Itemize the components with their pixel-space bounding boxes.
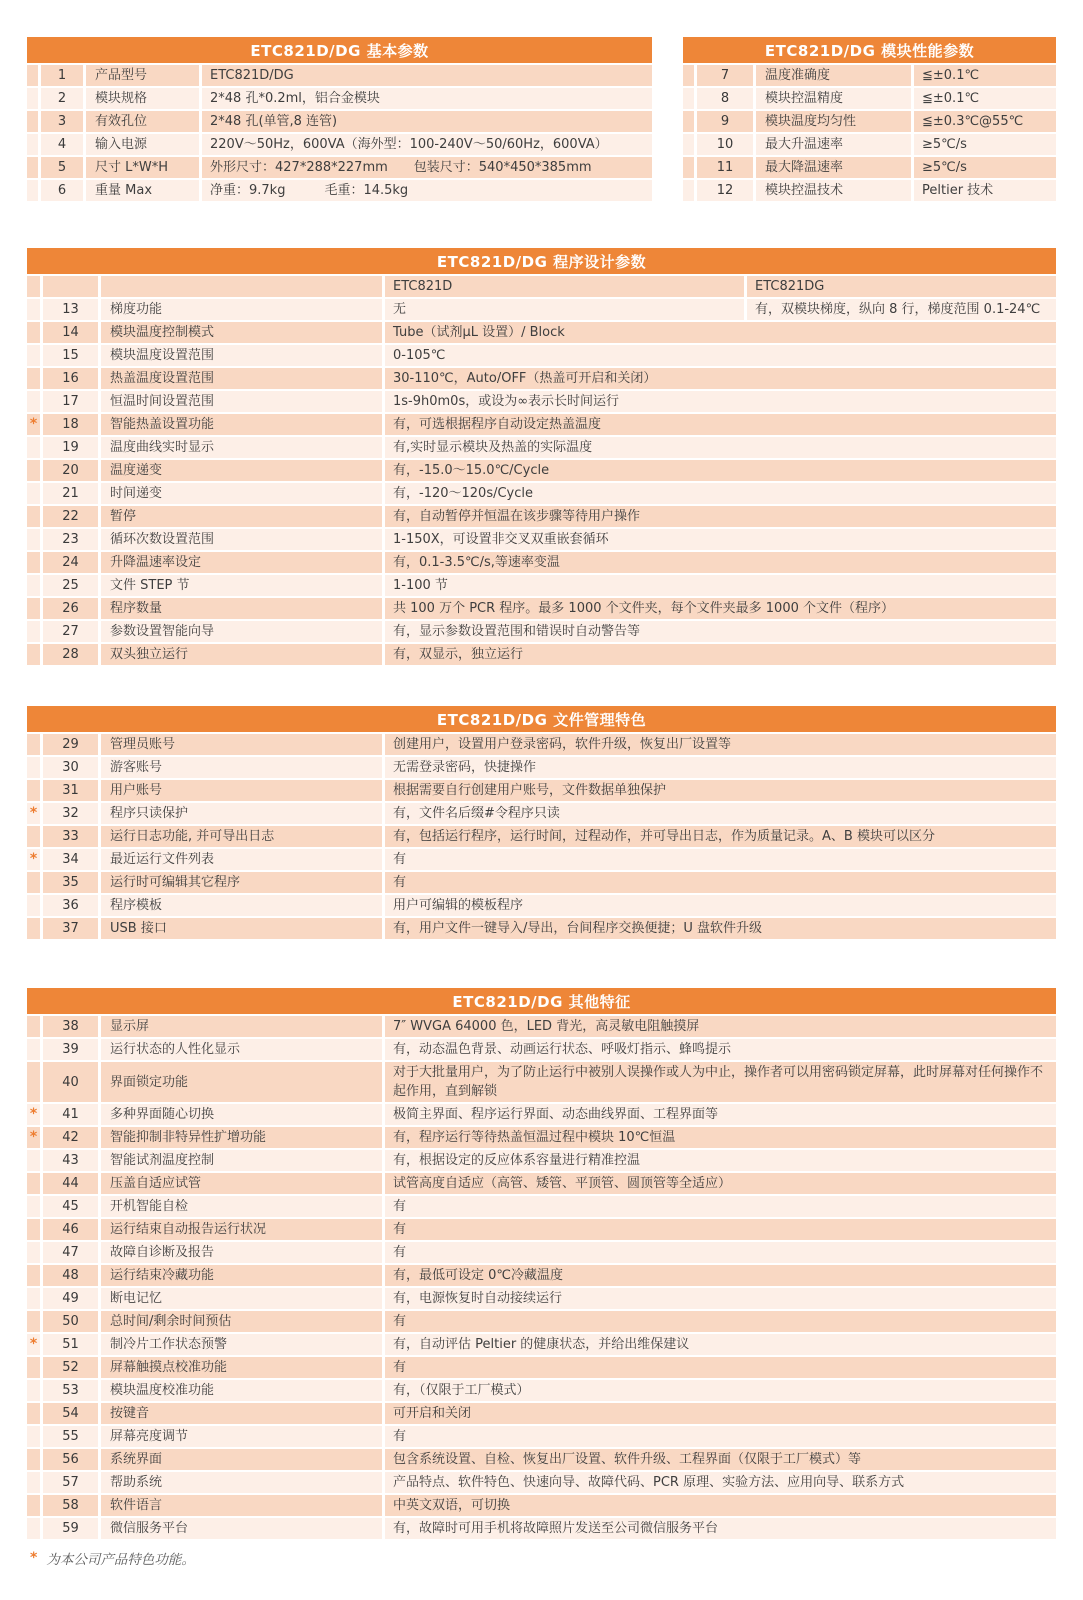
footnote-text: 为本公司产品特色功能。 — [46, 1548, 195, 1568]
row-value: 1-150X，可设置非交叉双重嵌套循环 — [385, 529, 1056, 550]
row-star-marker — [27, 299, 40, 320]
row-star-marker — [27, 1265, 40, 1286]
row-number: 36 — [43, 895, 98, 916]
row-star-marker — [27, 276, 40, 297]
row-number: 35 — [43, 872, 98, 893]
row-star-marker — [683, 65, 694, 86]
row-number: 17 — [43, 391, 98, 412]
spec-row: 10最大升温速率≥5℃/s — [683, 134, 1056, 155]
row-name: 断电记忆 — [101, 1288, 382, 1309]
row-name: 运行时可编辑其它程序 — [101, 872, 382, 893]
row-name: 模块控温技术 — [756, 180, 911, 201]
table-other-features-title: ETC821D/DG 其他特征 — [27, 988, 1056, 1014]
row-value: 有，用户文件一键导入/导出，台间程序交换便捷；U 盘软件升级 — [385, 918, 1056, 939]
table-basic-params-title: ETC821D/DG 基本参数 — [27, 37, 652, 63]
table-program-design: ETC821D/DG 程序设计参数 ETC821DETC821DG13梯度功能无… — [27, 248, 1056, 665]
row-number: 48 — [43, 1265, 98, 1286]
row-number: 12 — [697, 180, 753, 201]
row-star-marker — [27, 88, 38, 109]
spec-row: 46运行结束自动报告运行状况有 — [27, 1219, 1056, 1240]
row-value: 有，可选根据程序自动设定热盖温度 — [385, 414, 1056, 435]
spec-row: 53模块温度校准功能有，（仅限于工厂模式） — [27, 1380, 1056, 1401]
spec-row: *41多种界面随心切换极简主界面、程序运行界面、动态曲线界面、工程界面等 — [27, 1104, 1056, 1125]
row-star-marker — [27, 1403, 40, 1424]
row-name: 温度递变 — [101, 460, 382, 481]
row-star-marker — [683, 157, 694, 178]
row-value: 有，-15.0～15.0℃/Cycle — [385, 460, 1056, 481]
row-number: 38 — [43, 1016, 98, 1037]
row-name: 智能试剂温度控制 — [101, 1150, 382, 1171]
spec-row: 22暂停有，自动暂停并恒温在该步骤等待用户操作 — [27, 506, 1056, 527]
row-value: ≥5℃/s — [914, 134, 1056, 155]
spec-row: 16热盖温度设置范围30-110℃，Auto/OFF（热盖可开启和关闭） — [27, 368, 1056, 389]
row-value: 有，-120～120s/Cycle — [385, 483, 1056, 504]
row-value: 有,实时显示模块及热盖的实际温度 — [385, 437, 1056, 458]
row-star-marker — [27, 1219, 40, 1240]
row-name: 参数设置智能向导 — [101, 621, 382, 642]
row-star-marker — [683, 88, 694, 109]
row-name: 屏幕亮度调节 — [101, 1426, 382, 1447]
row-name: 故障自诊断及报告 — [101, 1242, 382, 1263]
row-name: 总时间/剩余时间预估 — [101, 1311, 382, 1332]
row-number: 45 — [43, 1196, 98, 1217]
row-value: 有，自动评估 Peltier 的健康状态，并给出维保建议 — [385, 1334, 1056, 1355]
spec-row: *32程序只读保护有，文件名后缀#令程序只读 — [27, 803, 1056, 824]
row-number: 24 — [43, 552, 98, 573]
table-module-performance-title: ETC821D/DG 模块性能参数 — [683, 37, 1056, 63]
row-name: 屏幕触摸点校准功能 — [101, 1357, 382, 1378]
row-name: 智能热盖设置功能 — [101, 414, 382, 435]
table-module-performance-rows: 7温度准确度≦±0.1℃8模块控温精度≦±0.1℃9模块温度均匀性≦±0.3℃@… — [683, 65, 1056, 201]
row-number: 15 — [43, 345, 98, 366]
row-name: 重量 Max — [86, 180, 199, 201]
row-name: 界面锁定功能 — [101, 1062, 382, 1102]
row-number: 29 — [43, 734, 98, 755]
row-name — [101, 276, 382, 297]
row-star-marker — [683, 180, 694, 201]
row-value: 试管高度自适应（高管、矮管、平顶管、圆顶管等全适应） — [385, 1173, 1056, 1194]
row-name: 开机智能自检 — [101, 1196, 382, 1217]
row-name: 模块控温精度 — [756, 88, 911, 109]
row-name: 最近运行文件列表 — [101, 849, 382, 870]
spec-row: 30游客账号无需登录密码，快捷操作 — [27, 757, 1056, 778]
row-name: 文件 STEP 节 — [101, 575, 382, 596]
row-star-marker — [27, 757, 40, 778]
row-star-marker — [27, 1311, 40, 1332]
row-number: 39 — [43, 1039, 98, 1060]
row-value: ≦±0.1℃ — [914, 65, 1056, 86]
row-star-marker — [27, 1242, 40, 1263]
row-star-marker — [27, 918, 40, 939]
row-star-marker — [27, 460, 40, 481]
spec-row: 26程序数量共 100 万个 PCR 程序。最多 1000 个文件夹，每个文件夹… — [27, 598, 1056, 619]
row-number: 27 — [43, 621, 98, 642]
row-star-marker — [27, 1173, 40, 1194]
row-name: 热盖温度设置范围 — [101, 368, 382, 389]
row-value: Tube（试剂μL 设置）/ Block — [385, 322, 1056, 343]
spec-row: 9模块温度均匀性≦±0.3℃@55℃ — [683, 111, 1056, 132]
row-value: 用户可编辑的模板程序 — [385, 895, 1056, 916]
row-value: 有，文件名后缀#令程序只读 — [385, 803, 1056, 824]
spec-row: 14模块温度控制模式Tube（试剂μL 设置）/ Block — [27, 322, 1056, 343]
spec-row: 25文件 STEP 节1-100 节 — [27, 575, 1056, 596]
row-star-marker — [27, 345, 40, 366]
spec-row: 47故障自诊断及报告有 — [27, 1242, 1056, 1263]
row-number: 55 — [43, 1426, 98, 1447]
row-number: 10 — [697, 134, 753, 155]
row-name: 软件语言 — [101, 1495, 382, 1516]
row-name: 产品型号 — [86, 65, 199, 86]
row-star-marker — [27, 1380, 40, 1401]
row-name: 用户账号 — [101, 780, 382, 801]
spec-row: 17恒温时间设置范围1s-9h0m0s，或设为∞表示长时间运行 — [27, 391, 1056, 412]
table-module-performance: ETC821D/DG 模块性能参数 7温度准确度≦±0.1℃8模块控温精度≦±0… — [683, 37, 1056, 201]
row-number — [43, 276, 98, 297]
spec-row: 43智能试剂温度控制有，根据设定的反应体系容量进行精准控温 — [27, 1150, 1056, 1171]
row-name: 模块温度校准功能 — [101, 1380, 382, 1401]
row-value: 有 — [385, 1219, 1056, 1240]
row-name: 程序数量 — [101, 598, 382, 619]
spec-row: 39运行状态的人性化显示有，动态温色背景、动画运行状态、呼吸灯指示、蜂鸣提示 — [27, 1039, 1056, 1060]
row-name: 温度曲线实时显示 — [101, 437, 382, 458]
row-value: 有，程序运行等待热盖恒温过程中模块 10℃恒温 — [385, 1127, 1056, 1148]
row-star-marker — [27, 1472, 40, 1493]
row-value: 有，0.1-3.5℃/s,等速率变温 — [385, 552, 1056, 573]
row-number: 8 — [697, 88, 753, 109]
spec-row: 48运行结束冷藏功能有，最低可设定 0℃冷藏温度 — [27, 1265, 1056, 1286]
row-star-marker — [27, 575, 40, 596]
row-value: 包含系统设置、自检、恢复出厂设置、软件升级、工程界面（仅限于工厂模式）等 — [385, 1449, 1056, 1470]
row-star-marker — [683, 111, 694, 132]
row-star-marker — [27, 734, 40, 755]
row-star-marker: * — [27, 849, 40, 870]
row-name: 按键音 — [101, 1403, 382, 1424]
row-name: 最大降温速率 — [756, 157, 911, 178]
row-number: 33 — [43, 826, 98, 847]
row-number: 13 — [43, 299, 98, 320]
row-value: 30-110℃，Auto/OFF（热盖可开启和关闭） — [385, 368, 1056, 389]
row-number: 22 — [43, 506, 98, 527]
row-value: 有，（仅限于工厂模式） — [385, 1380, 1056, 1401]
row-name: 程序模板 — [101, 895, 382, 916]
spec-row: 23循环次数设置范围1-150X，可设置非交叉双重嵌套循环 — [27, 529, 1056, 550]
row-name: 压盖自适应试管 — [101, 1173, 382, 1194]
row-value: Peltier 技术 — [914, 180, 1056, 201]
spec-row: 2模块规格2*48 孔*0.2ml，铝合金模块 — [27, 88, 652, 109]
spec-row: 21时间递变有，-120～120s/Cycle — [27, 483, 1056, 504]
row-number: 40 — [43, 1062, 98, 1102]
spec-row: 7温度准确度≦±0.1℃ — [683, 65, 1056, 86]
row-name: 最大升温速率 — [756, 134, 911, 155]
table-other-features: ETC821D/DG 其他特征 38显示屏7″ WVGA 64000 色，LED… — [27, 988, 1056, 1539]
row-star-marker: * — [27, 414, 40, 435]
row-name: 显示屏 — [101, 1016, 382, 1037]
row-star-marker — [27, 134, 38, 155]
row-name: 双头独立运行 — [101, 644, 382, 665]
row-star-marker: * — [27, 803, 40, 824]
row-value: 有 — [385, 1426, 1056, 1447]
spec-row: 1产品型号ETC821D/DG — [27, 65, 652, 86]
row-name: 运行结束冷藏功能 — [101, 1265, 382, 1286]
spec-row: 31用户账号根据需要自行创建用户账号，文件数据单独保护 — [27, 780, 1056, 801]
row-name: 运行状态的人性化显示 — [101, 1039, 382, 1060]
row-star-marker — [27, 1039, 40, 1060]
row-value: 有 — [385, 849, 1056, 870]
row-value: 有，电源恢复时自动接续运行 — [385, 1288, 1056, 1309]
row-name: 管理员账号 — [101, 734, 382, 755]
spec-row: 4输入电源220V～50Hz，600VA（海外型：100-240V～50/60H… — [27, 134, 652, 155]
row-star-marker — [27, 872, 40, 893]
row-star-marker — [27, 1150, 40, 1171]
table-file-management: ETC821D/DG 文件管理特色 29管理员账号创建用户，设置用户登录密码，软… — [27, 706, 1056, 939]
row-value: 0-105℃ — [385, 345, 1056, 366]
row-number: 31 — [43, 780, 98, 801]
row-number: 19 — [43, 437, 98, 458]
table-program-design-rows: ETC821DETC821DG13梯度功能无有，双模块梯度，纵向 8 行，梯度范… — [27, 276, 1056, 665]
row-name: 帮助系统 — [101, 1472, 382, 1493]
row-number: 11 — [697, 157, 753, 178]
row-number: 7 — [697, 65, 753, 86]
spec-row: *18智能热盖设置功能有，可选根据程序自动设定热盖温度 — [27, 414, 1056, 435]
spec-row: *51制冷片工作状态预警有，自动评估 Peltier 的健康状态，并给出维保建议 — [27, 1334, 1056, 1355]
row-number: 47 — [43, 1242, 98, 1263]
row-name: 时间递变 — [101, 483, 382, 504]
spec-row: 13梯度功能无有，双模块梯度，纵向 8 行，梯度范围 0.1-24℃ — [27, 299, 1056, 320]
row-star-marker: * — [27, 1104, 40, 1125]
row-number: 56 — [43, 1449, 98, 1470]
row-value: ETC821D/DG — [202, 65, 652, 86]
spec-row: 59微信服务平台有，故障时可用手机将故障照片发送至公司微信服务平台 — [27, 1518, 1056, 1539]
row-name: 模块规格 — [86, 88, 199, 109]
row-number: 20 — [43, 460, 98, 481]
footnote: * 为本公司产品特色功能。 — [30, 1548, 195, 1568]
row-star-marker — [27, 529, 40, 550]
row-star-marker — [27, 621, 40, 642]
spec-row: 55屏幕亮度调节有 — [27, 1426, 1056, 1447]
row-number: 34 — [43, 849, 98, 870]
spec-row: 33运行日志功能, 并可导出日志有，包括运行程序，运行时间，过程动作，并可导出日… — [27, 826, 1056, 847]
row-name: 运行结束自动报告运行状况 — [101, 1219, 382, 1240]
spec-row: 29管理员账号创建用户，设置用户登录密码，软件升级，恢复出厂设置等 — [27, 734, 1056, 755]
row-value: 7″ WVGA 64000 色，LED 背光，高灵敏电阻触摸屏 — [385, 1016, 1056, 1037]
spec-row: 56系统界面包含系统设置、自检、恢复出厂设置、软件升级、工程界面（仅限于工厂模式… — [27, 1449, 1056, 1470]
row-number: 21 — [43, 483, 98, 504]
row-value: 有，包括运行程序，运行时间，过程动作，并可导出日志，作为质量记录。A、B 模块可… — [385, 826, 1056, 847]
row-value: 1s-9h0m0s，或设为∞表示长时间运行 — [385, 391, 1056, 412]
row-number: 52 — [43, 1357, 98, 1378]
row-name: 模块温度均匀性 — [756, 111, 911, 132]
row-number: 49 — [43, 1288, 98, 1309]
row-star-marker — [27, 598, 40, 619]
spec-row: 24升降温速率设定有，0.1-3.5℃/s,等速率变温 — [27, 552, 1056, 573]
spec-row: 50总时间/剩余时间预估有 — [27, 1311, 1056, 1332]
row-name: 尺寸 L*W*H — [86, 157, 199, 178]
row-value: 有，双显示，独立运行 — [385, 644, 1056, 665]
row-star-marker — [27, 506, 40, 527]
row-value: 1-100 节 — [385, 575, 1056, 596]
row-number: 51 — [43, 1334, 98, 1355]
row-number: 25 — [43, 575, 98, 596]
row-value: 对于大批量用户，为了防止运行中被别人误操作或人为中止，操作者可以用密码锁定屏幕，… — [385, 1062, 1056, 1102]
spec-row: 49断电记忆有，电源恢复时自动接续运行 — [27, 1288, 1056, 1309]
row-value: 中英文双语，可切换 — [385, 1495, 1056, 1516]
row-star-marker — [27, 1196, 40, 1217]
row-name: USB 接口 — [101, 918, 382, 939]
row-star-marker — [27, 780, 40, 801]
row-number: 41 — [43, 1104, 98, 1125]
row-number: 37 — [43, 918, 98, 939]
row-number: 26 — [43, 598, 98, 619]
row-value: 有，故障时可用手机将故障照片发送至公司微信服务平台 — [385, 1518, 1056, 1539]
row-number: 46 — [43, 1219, 98, 1240]
spec-row: 28双头独立运行有，双显示，独立运行 — [27, 644, 1056, 665]
row-value-etc821dg: 有，双模块梯度，纵向 8 行，梯度范围 0.1-24℃ — [747, 299, 1056, 320]
spec-row: 35运行时可编辑其它程序有 — [27, 872, 1056, 893]
row-star-marker — [27, 1426, 40, 1447]
row-value: 有，自动暂停并恒温在该步骤等待用户操作 — [385, 506, 1056, 527]
row-star-marker: * — [27, 1334, 40, 1355]
row-number: 2 — [41, 88, 83, 109]
footnote-asterisk: * — [30, 1550, 37, 1566]
row-number: 57 — [43, 1472, 98, 1493]
row-value: ≦±0.1℃ — [914, 88, 1056, 109]
row-star-marker — [27, 437, 40, 458]
row-name: 游客账号 — [101, 757, 382, 778]
row-value: ≥5℃/s — [914, 157, 1056, 178]
row-name: 运行日志功能, 并可导出日志 — [101, 826, 382, 847]
row-number: 1 — [41, 65, 83, 86]
table-file-management-rows: 29管理员账号创建用户，设置用户登录密码，软件升级，恢复出厂设置等30游客账号无… — [27, 734, 1056, 939]
row-value: 净重：9.7kg 毛重：14.5kg — [202, 180, 652, 201]
row-name: 温度准确度 — [756, 65, 911, 86]
spec-row: 40界面锁定功能对于大批量用户，为了防止运行中被别人误操作或人为中止，操作者可以… — [27, 1062, 1056, 1102]
row-star-marker — [27, 180, 38, 201]
row-star-marker — [27, 1518, 40, 1539]
spec-row: 37USB 接口有，用户文件一键导入/导出，台间程序交换便捷；U 盘软件升级 — [27, 918, 1056, 939]
row-star-marker — [27, 111, 38, 132]
row-name: 多种界面随心切换 — [101, 1104, 382, 1125]
row-star-marker — [683, 134, 694, 155]
subheader-model-etc821d: ETC821D — [385, 276, 744, 297]
row-number: 58 — [43, 1495, 98, 1516]
row-number: 28 — [43, 644, 98, 665]
spec-row: 15模块温度设置范围0-105℃ — [27, 345, 1056, 366]
row-value: 有，最低可设定 0℃冷藏温度 — [385, 1265, 1056, 1286]
row-star-marker — [27, 368, 40, 389]
row-star-marker — [27, 65, 38, 86]
row-name: 有效孔位 — [86, 111, 199, 132]
spec-row: 54按键音可开启和关闭 — [27, 1403, 1056, 1424]
row-name: 模块温度控制模式 — [101, 322, 382, 343]
spec-row: 57帮助系统产品特点、软件特色、快速向导、故障代码、PCR 原理、实验方法、应用… — [27, 1472, 1056, 1493]
row-name: 智能抑制非特异性扩增功能 — [101, 1127, 382, 1148]
row-value: 220V～50Hz，600VA（海外型：100-240V～50/60Hz，600… — [202, 134, 652, 155]
row-number: 43 — [43, 1150, 98, 1171]
spec-row: 6重量 Max净重：9.7kg 毛重：14.5kg — [27, 180, 652, 201]
table-other-features-rows: 38显示屏7″ WVGA 64000 色，LED 背光，高灵敏电阻触摸屏39运行… — [27, 1016, 1056, 1539]
row-star-marker — [27, 391, 40, 412]
spec-row: 3有效孔位2*48 孔(单管,8 连管) — [27, 111, 652, 132]
spec-row: *42智能抑制非特异性扩增功能有，程序运行等待热盖恒温过程中模块 10℃恒温 — [27, 1127, 1056, 1148]
spec-row: 38显示屏7″ WVGA 64000 色，LED 背光，高灵敏电阻触摸屏 — [27, 1016, 1056, 1037]
subheader-model-etc821dg: ETC821DG — [747, 276, 1056, 297]
row-value: 外形尺寸：427*288*227mm 包装尺寸：540*450*385mm — [202, 157, 652, 178]
row-name: 模块温度设置范围 — [101, 345, 382, 366]
row-value: 有 — [385, 1196, 1056, 1217]
row-value: 有，动态温色背景、动画运行状态、呼吸灯指示、蜂鸣提示 — [385, 1039, 1056, 1060]
row-number: 18 — [43, 414, 98, 435]
row-value: 有 — [385, 1311, 1056, 1332]
row-number: 50 — [43, 1311, 98, 1332]
row-value: 有，根据设定的反应体系容量进行精准控温 — [385, 1150, 1056, 1171]
row-star-marker — [27, 1357, 40, 1378]
row-value: 有 — [385, 1357, 1056, 1378]
spec-row: 44压盖自适应试管试管高度自适应（高管、矮管、平顶管、圆顶管等全适应） — [27, 1173, 1056, 1194]
row-value: 创建用户，设置用户登录密码，软件升级，恢复出厂设置等 — [385, 734, 1056, 755]
spec-row: 58软件语言中英文双语，可切换 — [27, 1495, 1056, 1516]
row-number: 16 — [43, 368, 98, 389]
row-name: 升降温速率设定 — [101, 552, 382, 573]
row-name: 循环次数设置范围 — [101, 529, 382, 550]
row-star-marker — [27, 157, 38, 178]
row-star-marker — [27, 552, 40, 573]
row-value-etc821d: 无 — [385, 299, 744, 320]
spec-row: 45开机智能自检有 — [27, 1196, 1056, 1217]
row-name: 输入电源 — [86, 134, 199, 155]
row-name: 制冷片工作状态预警 — [101, 1334, 382, 1355]
row-value: 极简主界面、程序运行界面、动态曲线界面、工程界面等 — [385, 1104, 1056, 1125]
spec-row: 8模块控温精度≦±0.1℃ — [683, 88, 1056, 109]
row-star-marker — [27, 483, 40, 504]
row-number: 6 — [41, 180, 83, 201]
row-value: 有，显示参数设置范围和错误时自动警告等 — [385, 621, 1056, 642]
row-name: 梯度功能 — [101, 299, 382, 320]
spec-row: 36程序模板用户可编辑的模板程序 — [27, 895, 1056, 916]
row-value: 2*48 孔*0.2ml，铝合金模块 — [202, 88, 652, 109]
spec-row: 12模块控温技术Peltier 技术 — [683, 180, 1056, 201]
spec-row: 20温度递变有，-15.0～15.0℃/Cycle — [27, 460, 1056, 481]
row-number: 4 — [41, 134, 83, 155]
row-star-marker — [27, 895, 40, 916]
spec-row: *34最近运行文件列表有 — [27, 849, 1056, 870]
row-name: 微信服务平台 — [101, 1518, 382, 1539]
row-star-marker — [27, 1062, 40, 1102]
spec-row: 52屏幕触摸点校准功能有 — [27, 1357, 1056, 1378]
table-file-management-title: ETC821D/DG 文件管理特色 — [27, 706, 1056, 732]
row-number: 9 — [697, 111, 753, 132]
row-star-marker — [27, 1288, 40, 1309]
row-name: 程序只读保护 — [101, 803, 382, 824]
table-basic-params-rows: 1产品型号ETC821D/DG2模块规格2*48 孔*0.2ml，铝合金模块3有… — [27, 65, 652, 201]
row-value: 无需登录密码，快捷操作 — [385, 757, 1056, 778]
row-number: 5 — [41, 157, 83, 178]
table-basic-params: ETC821D/DG 基本参数 1产品型号ETC821D/DG2模块规格2*48… — [27, 37, 652, 201]
spec-row: 19温度曲线实时显示有,实时显示模块及热盖的实际温度 — [27, 437, 1056, 458]
row-number: 59 — [43, 1518, 98, 1539]
row-star-marker — [27, 322, 40, 343]
row-star-marker — [27, 1449, 40, 1470]
row-value: 根据需要自行创建用户账号，文件数据单独保护 — [385, 780, 1056, 801]
row-value: 可开启和关闭 — [385, 1403, 1056, 1424]
row-number: 23 — [43, 529, 98, 550]
row-star-marker — [27, 826, 40, 847]
row-star-marker: * — [27, 1127, 40, 1148]
row-value: 有 — [385, 1242, 1056, 1263]
row-value: 共 100 万个 PCR 程序。最多 1000 个文件夹，每个文件夹最多 100… — [385, 598, 1056, 619]
row-number: 44 — [43, 1173, 98, 1194]
row-value: 产品特点、软件特色、快速向导、故障代码、PCR 原理、实验方法、应用向导、联系方… — [385, 1472, 1056, 1493]
spec-row: 11最大降温速率≥5℃/s — [683, 157, 1056, 178]
